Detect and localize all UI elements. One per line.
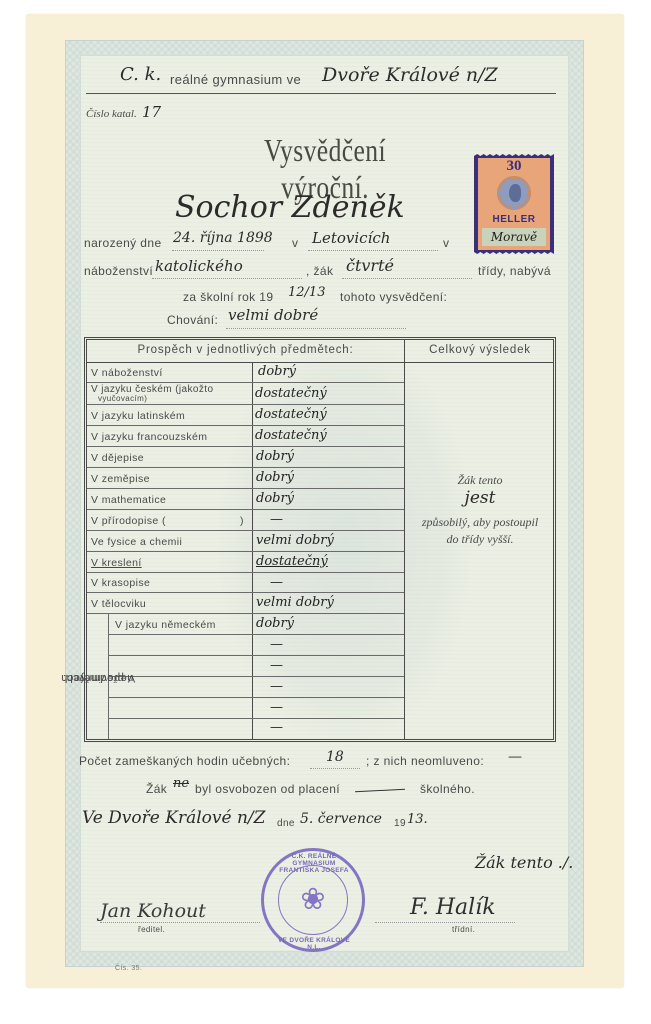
- row-rule: [108, 655, 404, 656]
- result-line2: způsobilý, aby postoupil: [405, 515, 555, 530]
- born-label: narozený dne: [84, 236, 162, 250]
- seal-text-top: C.K. REÁLNÉ GYMNASIUM FRANTIŠKA JOSEFA: [274, 853, 354, 874]
- fee-text: byl osvobozen od placení: [195, 782, 340, 796]
- row-rule: [87, 509, 404, 510]
- year-printed: 19: [394, 818, 406, 829]
- born-date: 24. října 1898: [173, 230, 273, 246]
- dot-line: [172, 250, 264, 251]
- optional-section-label: V předmětechnepovinných:: [88, 615, 108, 740]
- table-header-rule: [87, 362, 553, 363]
- optional-grade-value: —: [270, 720, 283, 735]
- grade-value: dostatečný: [256, 554, 328, 569]
- fee-suffix: školného.: [420, 782, 475, 796]
- row-rule: [87, 404, 404, 405]
- subject-label: Ve fysice a chemii: [91, 536, 182, 548]
- row-rule: [87, 425, 404, 426]
- double-headed-eagle-icon: ❀: [295, 880, 331, 920]
- row-rule: [87, 382, 404, 383]
- subject-label: V jazyku latinském: [91, 410, 185, 422]
- dot-line: [226, 328, 406, 329]
- subject-label: V jazyku francouzském: [91, 431, 207, 443]
- optional-grade-value: —: [270, 658, 283, 673]
- stamp-overprint: Moravě: [482, 228, 546, 246]
- dot-line: [342, 278, 472, 279]
- student-name: Sochor Zdeněk: [175, 190, 405, 225]
- row-rule: [87, 488, 404, 489]
- grade-value: dostatečný: [255, 386, 327, 401]
- row-rule: [108, 676, 404, 677]
- row-rule: [87, 592, 404, 593]
- dot-line: [310, 768, 360, 769]
- subject-label: V tělocviku: [91, 598, 146, 610]
- dot-line: [100, 922, 260, 923]
- unexcused-label: ; z nich neomluveno:: [366, 754, 484, 768]
- land-label: v: [443, 236, 449, 250]
- header-result: Celkový výsledek: [405, 344, 555, 356]
- date-label: dne: [277, 818, 295, 829]
- row-rule: [87, 467, 404, 468]
- conduct-value: velmi dobré: [228, 306, 318, 324]
- optional-grade-value: —: [270, 637, 283, 652]
- teacher-signature: F. Halík: [410, 895, 496, 920]
- result-line3: do třídy vyšší.: [405, 532, 555, 547]
- subject-label: V přírodopise (: [91, 515, 166, 527]
- optional-label-line2: nepovinných:: [63, 672, 134, 684]
- subject-label: V dějepise: [91, 452, 144, 464]
- row-rule: [87, 551, 404, 552]
- fee-prefix: Žák: [146, 782, 167, 796]
- born-place: Letovicích: [312, 229, 390, 247]
- subject-label: V zeměpise: [91, 473, 150, 485]
- school-year-label: za školní rok 19: [183, 290, 273, 304]
- grade-value: dobrý: [256, 470, 294, 485]
- subject-label: V náboženství: [91, 367, 163, 379]
- grade-value: dobrý: [256, 449, 294, 464]
- school-type: reálné gymnasium ve: [170, 72, 301, 87]
- header-subjects: Prospěch v jednotlivých předmětech:: [87, 344, 404, 356]
- grade-value: dobrý: [256, 491, 294, 506]
- fee-handwritten: ne: [173, 776, 189, 791]
- subject-label-close: ): [240, 515, 244, 527]
- school-year-value: 12/13: [288, 285, 325, 300]
- school-year-suffix: tohoto vysvědčení:: [340, 290, 447, 304]
- catalog-number: 17: [142, 103, 161, 121]
- optional-grade-value: dobrý: [256, 616, 294, 631]
- optional-grade-value: —: [270, 700, 283, 715]
- grade-value: —: [270, 512, 283, 527]
- grade-value: dobrý: [258, 364, 296, 379]
- subject-label-continued: vyučovacím): [98, 394, 147, 403]
- seal-text-bottom: VE DVOŘE KRÁLOVÉ N.L.: [276, 937, 352, 951]
- school-location: Dvoře Králové n/Z: [322, 64, 498, 86]
- row-rule: [87, 572, 404, 573]
- optional-subject-label: V jazyku německém: [115, 619, 216, 631]
- subject-label: V kreslení: [91, 557, 142, 569]
- row-rule: [87, 530, 404, 531]
- date-handwritten: 5. července: [300, 811, 382, 827]
- note-handwritten: Žák tento ./.: [475, 853, 573, 872]
- school-prefix: C. k.: [120, 64, 161, 85]
- revenue-stamp: 30 HELLER Moravě: [474, 154, 554, 254]
- row-rule: [108, 634, 404, 635]
- born-in-label: v: [292, 236, 298, 250]
- director-signature: Jan Kohout: [100, 900, 206, 922]
- dot-line: [152, 278, 302, 279]
- stamp-value: 30: [478, 158, 550, 175]
- unexcused-value: —: [508, 749, 522, 765]
- result-handwritten: jest: [405, 488, 555, 508]
- row-rule: [87, 446, 404, 447]
- catalog-label: Číslo katal.: [86, 108, 137, 120]
- subject-label: V mathematice: [91, 494, 166, 506]
- director-label: ředitel.: [138, 925, 165, 934]
- missed-hours-value: 18: [326, 749, 344, 765]
- emperor-portrait-icon: [497, 176, 531, 210]
- form-number: Čís. 35.: [115, 965, 142, 972]
- subject-label: V krasopise: [91, 577, 150, 589]
- stamp-unit: HELLER: [478, 214, 550, 225]
- missed-hours-label: Počet zameškaných hodin učebných:: [79, 754, 290, 768]
- grade-value: dostatečný: [255, 407, 327, 422]
- class-suffix: třídy, nabývá: [478, 264, 551, 278]
- place-handwritten: Ve Dvoře Králové n/Z: [82, 808, 265, 828]
- conduct-label: Chování:: [167, 313, 218, 327]
- grade-value: dostatečný: [255, 428, 327, 443]
- header-rule: [86, 93, 556, 94]
- school-seal: ❀ C.K. REÁLNÉ GYMNASIUM FRANTIŠKA JOSEFA…: [261, 848, 365, 952]
- class-value: čtvrté: [346, 256, 394, 275]
- grade-value: velmi dobrý: [256, 533, 334, 548]
- result-line1: Žák tento: [405, 473, 555, 488]
- religion-value: katolického: [155, 257, 243, 275]
- dot-line: [375, 922, 515, 923]
- row-rule: [108, 697, 404, 698]
- religion-label: náboženství: [84, 264, 153, 278]
- grade-value: —: [270, 575, 283, 590]
- teacher-label: třídní.: [452, 925, 475, 934]
- row-rule: [87, 613, 404, 614]
- optional-grade-value: —: [270, 679, 283, 694]
- pupil-label: , žák: [306, 264, 333, 278]
- grade-value: velmi dobrý: [256, 595, 334, 610]
- dot-line: [308, 250, 438, 251]
- year-handwritten: 13.: [407, 812, 428, 827]
- seal-inner-ring: ❀: [278, 865, 348, 935]
- row-rule: [108, 718, 404, 719]
